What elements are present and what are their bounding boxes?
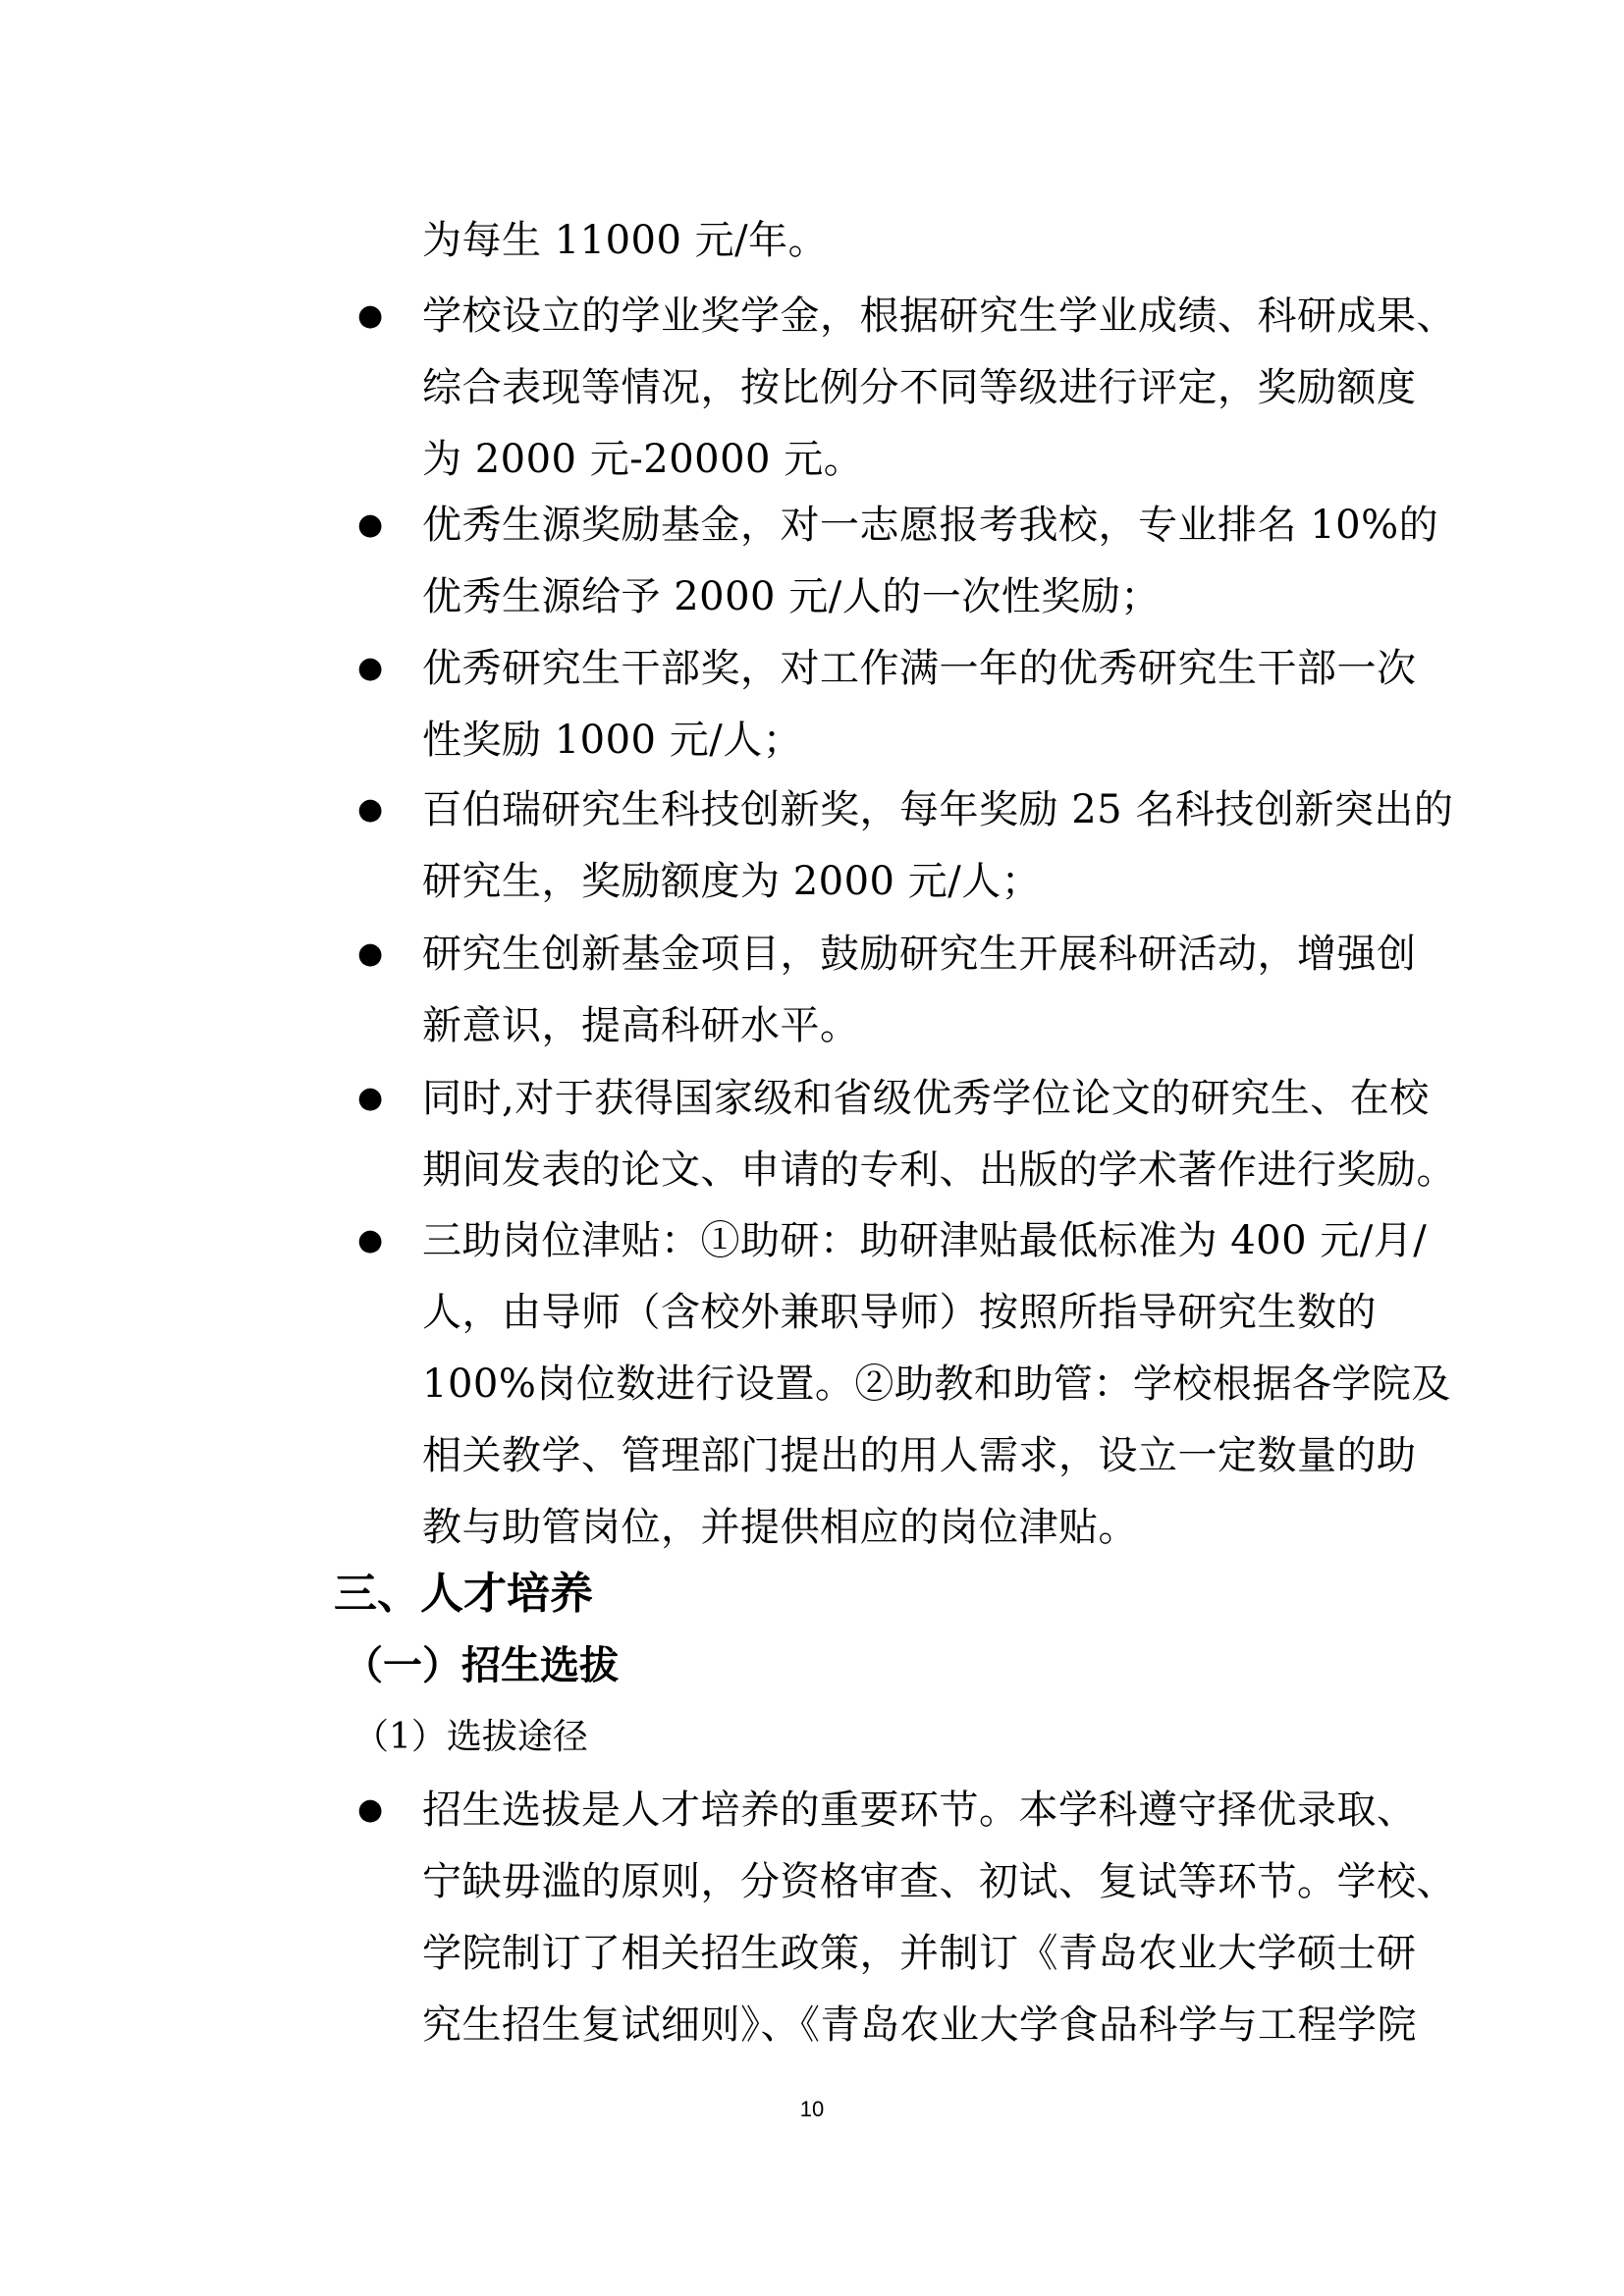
bullet-icon: ● — [357, 1217, 383, 1264]
bullet-icon: ● — [357, 502, 383, 549]
subsection-heading: （一）招生选拔 — [344, 1640, 619, 1691]
list-item-line: 优秀生源奖励基金，对一志愿报考我校，专业排名 10%的 — [422, 502, 1394, 549]
bullet-icon: ● — [357, 645, 383, 692]
bullet-icon: ● — [357, 931, 383, 978]
sub-subsection-heading: （1）选拔途径 — [353, 1714, 588, 1761]
list-item-line: 研究生，奖励额度为 2000 元/人； — [422, 858, 1394, 905]
document-page: 为每生 11000 元/年。 ● 学校设立的学业奖学金，根据研究生学业成绩、科研… — [0, 0, 1624, 2296]
bullet-icon: ● — [357, 786, 383, 833]
list-item-line: 相关教学、管理部门提出的用人需求，设立一定数量的助 — [422, 1432, 1394, 1479]
bullet-icon: ● — [357, 1787, 383, 1834]
list-item-line: 为 2000 元-20000 元。 — [422, 436, 1394, 483]
list-item-line: 百伯瑞研究生科技创新奖，每年奖励 25 名科技创新突出的 — [422, 786, 1394, 833]
list-item-line: 100%岗位数进行设置。②助教和助管：学校根据各学院及 — [422, 1361, 1394, 1408]
list-item-line: 招生选拔是人才培养的重要环节。本学科遵守择优录取、 — [422, 1787, 1394, 1834]
list-item-line: 人，由导师（含校外兼职导师）按照所指导研究生数的 — [422, 1289, 1394, 1336]
list-item-line: 期间发表的论文、申请的专利、出版的学术著作进行奖励。 — [422, 1147, 1394, 1194]
list-item-line: 学院制订了相关招生政策，并制订《青岛农业大学硕士研 — [422, 1930, 1394, 1977]
list-item-line: 同时,对于获得国家级和省级优秀学位论文的研究生、在校 — [422, 1075, 1394, 1122]
bullet-icon: ● — [357, 1075, 383, 1122]
list-item-line: 性奖励 1000 元/人； — [422, 717, 1394, 764]
list-item-line: 教与助管岗位，并提供相应的岗位津贴。 — [422, 1504, 1394, 1551]
list-item-line: 学校设立的学业奖学金，根据研究生学业成绩、科研成果、 — [422, 293, 1394, 340]
section-heading: 三、人才培养 — [334, 1567, 593, 1622]
list-item-line: 研究生创新基金项目，鼓励研究生开展科研活动，增强创 — [422, 931, 1394, 978]
paragraph-line: 为每生 11000 元/年。 — [422, 217, 1394, 264]
list-item-line: 优秀研究生干部奖，对工作满一年的优秀研究生干部一次 — [422, 645, 1394, 692]
list-item-line: 三助岗位津贴：①助研：助研津贴最低标准为 400 元/月/ — [422, 1217, 1394, 1264]
bullet-icon: ● — [357, 293, 383, 340]
page-number: 10 — [0, 2097, 1624, 2122]
list-item-line: 宁缺毋滥的原则，分资格审查、初试、复试等环节。学校、 — [422, 1858, 1394, 1905]
list-item-line: 综合表现等情况，按比例分不同等级进行评定，奖励额度 — [422, 364, 1394, 411]
list-item-line: 新意识，提高科研水平。 — [422, 1002, 1394, 1049]
list-item-line: 优秀生源给予 2000 元/人的一次性奖励； — [422, 573, 1394, 620]
list-item-line: 究生招生复试细则》、《青岛农业大学食品科学与工程学院 — [422, 2002, 1394, 2049]
